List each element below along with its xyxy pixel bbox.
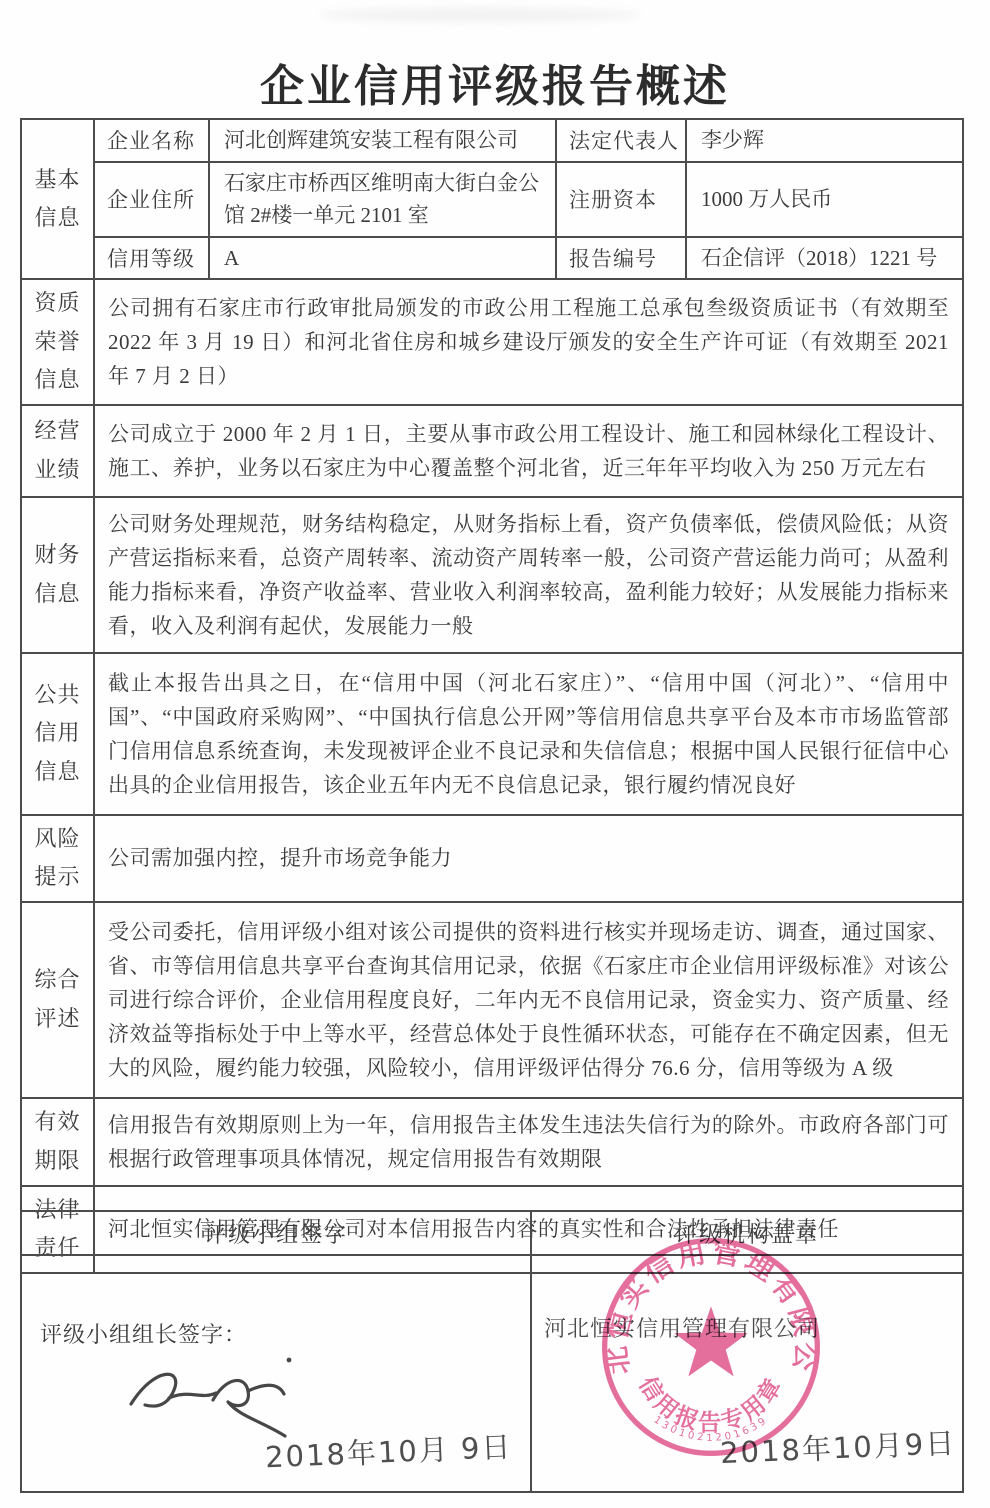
- section-text: 截止本报告出具之日，在“信用中国（河北石家庄）”、“信用中国（河北）”、“信用中…: [94, 653, 963, 815]
- section-text: 受公司委托，信用评级小组对该公司提供的资料进行核实并现场走访、调查，通过国家、省…: [94, 902, 963, 1098]
- legal-rep-label: 法定代表人: [556, 119, 686, 162]
- table-row: 企业住所 石家庄市桥西区维明南大街白金公馆 2#楼一单元 2101 室 注册资本…: [21, 162, 963, 237]
- section-row-validity-period: 有效期限 信用报告有效期原则上为一年，信用报告主体发生违法失信行为的除外。市政府…: [21, 1098, 963, 1186]
- credit-grade-value: A: [209, 237, 556, 280]
- credit-report-page: 企业信用评级报告概述 基本信息 企业名称 河北创辉建筑安装工程有限公司 法定代表…: [0, 0, 990, 1508]
- table-row: 信用等级 A 报告编号 石企信评（2018）1221 号: [21, 237, 963, 280]
- basic-info-label: 基本信息: [21, 119, 94, 279]
- company-name-value: 河北创辉建筑安装工程有限公司: [209, 119, 556, 162]
- team-signature-header: 评级小组签字: [21, 1211, 531, 1255]
- report-number-label: 报告编号: [556, 237, 686, 280]
- section-row-public-credit: 公共信用信息 截止本报告出具之日，在“信用中国（河北石家庄）”、“信用中国（河北…: [21, 653, 963, 815]
- section-row-comprehensive-review: 综合评述 受公司委托，信用评级小组对该公司提供的资料进行核实并现场走访、调查，通…: [21, 902, 963, 1098]
- leader-signature-label: 评级小组组长签字：: [40, 1318, 247, 1349]
- registered-capital-label: 注册资本: [556, 162, 686, 237]
- scan-artifact: [320, 8, 640, 22]
- section-text: 公司财务处理规范，财务结构稳定，从财务指标上看，资产负债率低，偿债风险低；从资产…: [94, 497, 963, 653]
- registered-capital-value: 1000 万人民币: [686, 162, 963, 237]
- section-row-financial: 财务信息 公司财务处理规范，财务结构稳定，从财务指标上看，资产负债率低，偿债风险…: [21, 497, 963, 653]
- section-label: 综合评述: [21, 902, 94, 1098]
- section-text: 公司拥有石家庄市行政审批局颁发的市政公用工程施工总承包叁级资质证书（有效期至 2…: [94, 279, 963, 405]
- report-number-value: 石企信评（2018）1221 号: [686, 237, 963, 280]
- section-label: 风险提示: [21, 815, 94, 902]
- company-name-label: 企业名称: [94, 119, 209, 162]
- section-label: 经营业绩: [21, 405, 94, 497]
- section-text: 信用报告有效期原则上为一年，信用报告主体发生违法失信行为的除外。市政府各部门可根…: [94, 1098, 963, 1186]
- stamp-star: [674, 1306, 747, 1376]
- agency-round-stamp: 河北恒实信用管理有限公司 信用报告专用章 1301021201639: [595, 1231, 827, 1463]
- section-row-risk-warning: 风险提示 公司需加强内控，提升市场竞争能力: [21, 815, 963, 902]
- section-label: 有效期限: [21, 1098, 94, 1186]
- section-row-qualification: 资质荣誉信息 公司拥有石家庄市行政审批局颁发的市政公用工程施工总承包叁级资质证书…: [21, 279, 963, 405]
- team-signature-cell: 评级小组组长签字： 2018年10月 9日: [21, 1255, 531, 1492]
- credit-grade-label: 信用等级: [94, 237, 209, 280]
- leader-signature-scribble: [117, 1348, 347, 1443]
- section-label: 资质荣誉信息: [21, 279, 94, 405]
- section-label: 公共信用信息: [21, 653, 94, 815]
- table-row: 基本信息 企业名称 河北创辉建筑安装工程有限公司 法定代表人 李少辉: [21, 119, 963, 162]
- section-label: 财务信息: [21, 497, 94, 653]
- report-table: 基本信息 企业名称 河北创辉建筑安装工程有限公司 法定代表人 李少辉 企业住所 …: [20, 118, 964, 1274]
- legal-rep-value: 李少辉: [686, 119, 963, 162]
- section-text: 公司成立于 2000 年 2 月 1 日，主要从事市政公用工程设计、施工和园林绿…: [94, 405, 963, 497]
- section-text: 公司需加强内控，提升市场竞争能力: [94, 815, 963, 902]
- address-value: 石家庄市桥西区维明南大街白金公馆 2#楼一单元 2101 室: [209, 162, 556, 237]
- section-row-business-performance: 经营业绩 公司成立于 2000 年 2 月 1 日，主要从事市政公用工程设计、施…: [21, 405, 963, 497]
- page-title: 企业信用评级报告概述: [0, 50, 990, 114]
- address-label: 企业住所: [94, 162, 209, 237]
